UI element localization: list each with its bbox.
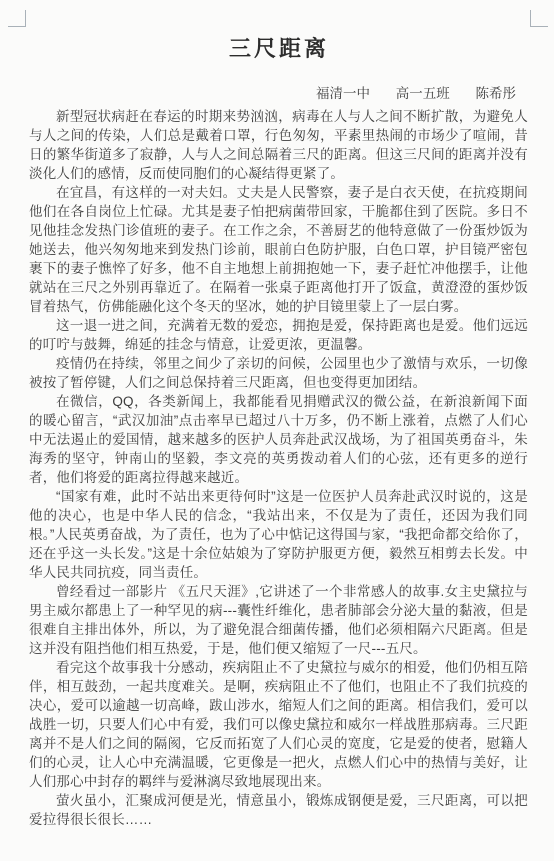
essay-paragraph: 疫情仍在持续，邻里之间少了亲切的问候，公园里也少了激情与欢乐，一切像被按了暂停键… xyxy=(29,354,528,392)
byline-school: 福清一中 xyxy=(316,86,370,101)
essay-paragraph: 曾经看过一部影片 《五尺天涯》,它讲述了一个非常感人的故事.女主史黛拉与男主威尔… xyxy=(29,582,528,658)
essay-paragraph: 萤火虽小，汇聚成河便是光，情意虽小，锻炼成钢便是爱，三尺距离，可以把爱拉得很长很… xyxy=(29,791,528,829)
essay-paragraph: “国家有难，此时不站出来更待何时”这是一位医护人员奔赴武汉时说的，这是他的决心，… xyxy=(29,487,528,582)
page-margin-corner-mark-icon xyxy=(8,10,26,27)
essay-paragraph: 在微信，QQ，各类新闻上，我都能看见捐赠武汉的微公益，在新浪新闻下面的暖心留言，… xyxy=(29,392,528,487)
essay-paragraph: 看完这个故事我十分感动，疾病阻止不了史黛拉与威尔的相爱，他们仍相互陪伴，相互鼓劲… xyxy=(29,658,528,791)
byline-author: 陈希彤 xyxy=(476,86,517,101)
essay-title: 三尺距离 xyxy=(30,37,528,61)
byline: 福清一中 高一五班 陈希彤 xyxy=(0,86,516,102)
essay-body: 新型冠状病赶在春运的时期来势汹汹，病毒在人与人之间不断扩散，为避免人与人之间的传… xyxy=(29,107,528,829)
byline-class: 高一五班 xyxy=(396,86,450,101)
essay-paragraph: 在宜昌，有这样的一对夫妇。丈夫是人民警察，妻子是白衣天使，在抗疫期间他们在各自岗… xyxy=(29,183,528,316)
essay-paragraph: 新型冠状病赶在春运的时期来势汹汹，病毒在人与人之间不断扩散，为避免人与人之间的传… xyxy=(29,107,528,183)
essay-paragraph: 这一退一进之间，充满着无数的爱恋，拥抱是爱，保持距离也是爱。他们远远的叮咛与鼓舞… xyxy=(29,316,528,354)
document-page: 三尺距离 福清一中 高一五班 陈希彤 新型冠状病赶在春运的时期来势汹汹，病毒在人… xyxy=(0,0,554,861)
page-margin-corner-mark-icon xyxy=(530,10,548,27)
